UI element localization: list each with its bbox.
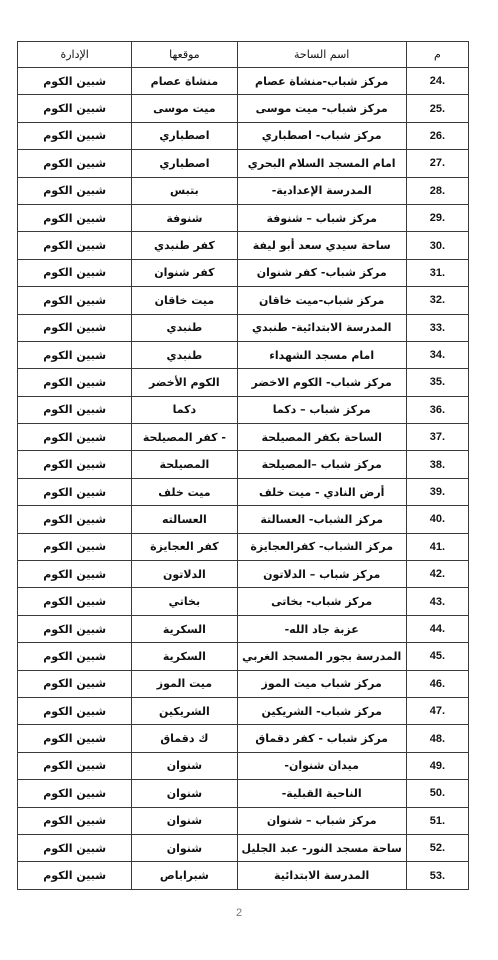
table-row: 30.ساحة سيدي سعد أبو ليفةكفر طنبديشبين ا… — [18, 232, 469, 259]
row-number: 43. — [406, 588, 468, 615]
location-cell: اصطباري — [132, 150, 237, 177]
administration-cell: شبين الكوم — [18, 177, 132, 204]
location-cell: ميت خاقان — [132, 287, 237, 314]
location-cell: منشاة عصام — [132, 68, 237, 95]
location-cell: دكما — [132, 396, 237, 423]
square-name-cell: مركز شباب –المصيلحة — [237, 451, 406, 478]
square-name-cell: الساحة بكفر المصيلحة — [237, 424, 406, 451]
square-name-cell: مركز شباب-منشاة عصام — [237, 68, 406, 95]
location-cell: المصيلحة — [132, 451, 237, 478]
row-number: 39. — [406, 478, 468, 505]
administration-cell: شبين الكوم — [18, 807, 132, 834]
square-name-cell: ميدان شنوان- — [237, 752, 406, 779]
header-num: م — [406, 42, 468, 68]
row-number: 34. — [406, 341, 468, 368]
square-name-cell: مركز شباب – دكما — [237, 396, 406, 423]
table-row: 53.المدرسة الابتدائيةشبراباصشبين الكوم — [18, 862, 469, 889]
square-name-cell: ساحة مسجد النور- عبد الجليل — [237, 834, 406, 861]
administration-cell: شبين الكوم — [18, 752, 132, 779]
table-row: 36.مركز شباب – دكمادكماشبين الكوم — [18, 396, 469, 423]
administration-cell: شبين الكوم — [18, 204, 132, 231]
table-row: 47.مركز شباب- الشريكينالشريكينشبين الكوم — [18, 697, 469, 724]
administration-cell: شبين الكوم — [18, 697, 132, 724]
table-row: 27.امام المسجد السلام البحرياصطباريشبين … — [18, 150, 469, 177]
row-number: 47. — [406, 697, 468, 724]
location-cell: شنوان — [132, 807, 237, 834]
table-row: 46.مركز شباب ميت الموزميت الموزشبين الكو… — [18, 670, 469, 697]
location-cell: بخاتي — [132, 588, 237, 615]
table-row: 28.المدرسة الإعدادية-بتبسشبين الكوم — [18, 177, 469, 204]
table-row: 38.مركز شباب –المصيلحةالمصيلحةشبين الكوم — [18, 451, 469, 478]
administration-cell: شبين الكوم — [18, 478, 132, 505]
administration-cell: شبين الكوم — [18, 643, 132, 670]
row-number: 53. — [406, 862, 468, 889]
square-name-cell: مركز الشباب- كفرالعجايزة — [237, 533, 406, 560]
square-name-cell: الناحية القبلية- — [237, 780, 406, 807]
page-number: 2 — [236, 907, 242, 919]
administration-cell: شبين الكوم — [18, 615, 132, 642]
row-number: 35. — [406, 369, 468, 396]
location-cell: اصطباري — [132, 122, 237, 149]
location-cell: بتبس — [132, 177, 237, 204]
square-name-cell: مركز شباب ميت الموز — [237, 670, 406, 697]
table-row: 49.ميدان شنوان-شنوانشبين الكوم — [18, 752, 469, 779]
row-number: 28. — [406, 177, 468, 204]
location-cell: شنوان — [132, 834, 237, 861]
table-row: 42.مركز شباب – الدلاتونالدلاتونشبين الكو… — [18, 561, 469, 588]
administration-cell: شبين الكوم — [18, 341, 132, 368]
administration-cell: شبين الكوم — [18, 287, 132, 314]
location-cell: شنوان — [132, 752, 237, 779]
location-cell: الكوم الأخضر — [132, 369, 237, 396]
table-row: 25.مركز شباب- ميت موسىميت موسىشبين الكوم — [18, 95, 469, 122]
administration-cell: شبين الكوم — [18, 369, 132, 396]
table-row: 32.مركز شباب-ميت خاقانميت خاقانشبين الكو… — [18, 287, 469, 314]
square-name-cell: مركز شباب- كفر شنوان — [237, 259, 406, 286]
row-number: 30. — [406, 232, 468, 259]
table-row: 40.مركز الشباب- العسالتةالعسالتهشبين الك… — [18, 506, 469, 533]
table-row: 29.مركز شباب – شنوفةشنوفةشبين الكوم — [18, 204, 469, 231]
row-number: 48. — [406, 725, 468, 752]
location-cell: الشريكين — [132, 697, 237, 724]
square-name-cell: مركز شباب- اصطباري — [237, 122, 406, 149]
location-cell: طنبدي — [132, 341, 237, 368]
row-number: 46. — [406, 670, 468, 697]
location-cell: شبراباص — [132, 862, 237, 889]
table-row: 37.الساحة بكفر المصيلحة- كفر المصيلحةشبي… — [18, 424, 469, 451]
row-number: 50. — [406, 780, 468, 807]
administration-cell: شبين الكوم — [18, 561, 132, 588]
table-row: 31.مركز شباب- كفر شنوانكفر شنوانشبين الك… — [18, 259, 469, 286]
square-name-cell: مركز شباب – الدلاتون — [237, 561, 406, 588]
row-number: 49. — [406, 752, 468, 779]
table-row: 24.مركز شباب-منشاة عصاممنشاة عصامشبين ال… — [18, 68, 469, 95]
square-name-cell: ساحة سيدي سعد أبو ليفة — [237, 232, 406, 259]
table-row: 34.امام مسجد الشهداءطنبديشبين الكوم — [18, 341, 469, 368]
location-cell: ك دقماق — [132, 725, 237, 752]
location-cell: طنبدي — [132, 314, 237, 341]
administration-cell: شبين الكوم — [18, 232, 132, 259]
square-name-cell: امام المسجد السلام البحري — [237, 150, 406, 177]
location-cell: كفر العجايزة — [132, 533, 237, 560]
square-name-cell: مركز شباب- بخاتى — [237, 588, 406, 615]
administration-cell: شبين الكوم — [18, 506, 132, 533]
square-name-cell: المدرسة الإعدادية- — [237, 177, 406, 204]
row-number: 36. — [406, 396, 468, 423]
square-name-cell: مركز شباب-ميت خاقان — [237, 287, 406, 314]
location-cell: العسالته — [132, 506, 237, 533]
table-row: 41.مركز الشباب- كفرالعجايزةكفر العجايزةش… — [18, 533, 469, 560]
square-name-cell: مركز شباب – شنوفة — [237, 204, 406, 231]
row-number: 37. — [406, 424, 468, 451]
table-row: 50.الناحية القبلية-شنوانشبين الكوم — [18, 780, 469, 807]
square-name-cell: مركز شباب – شنوان — [237, 807, 406, 834]
administration-cell: شبين الكوم — [18, 396, 132, 423]
table-row: 48.مركز شباب - كفر دقماقك دقماقشبين الكو… — [18, 725, 469, 752]
header-square-name: اسم الساحة — [237, 42, 406, 68]
administration-cell: شبين الكوم — [18, 588, 132, 615]
squares-table: م اسم الساحة موقعها الإدارة 24.مركز شباب… — [17, 41, 469, 890]
square-name-cell: مركز شباب- الكوم الاخضر — [237, 369, 406, 396]
document-page: م اسم الساحة موقعها الإدارة 24.مركز شباب… — [0, 0, 498, 960]
location-cell: الدلاتون — [132, 561, 237, 588]
row-number: 41. — [406, 533, 468, 560]
administration-cell: شبين الكوم — [18, 424, 132, 451]
location-cell: شنوان — [132, 780, 237, 807]
row-number: 26. — [406, 122, 468, 149]
row-number: 52. — [406, 834, 468, 861]
table-row: 44.عزبة جاد الله-السكريةشبين الكوم — [18, 615, 469, 642]
administration-cell: شبين الكوم — [18, 122, 132, 149]
administration-cell: شبين الكوم — [18, 259, 132, 286]
administration-cell: شبين الكوم — [18, 95, 132, 122]
table-row: 45.المدرسة بجور المسجد الغربيالسكريةشبين… — [18, 643, 469, 670]
row-number: 42. — [406, 561, 468, 588]
table-header-row: م اسم الساحة موقعها الإدارة — [18, 42, 469, 68]
table-row: 43.مركز شباب- بخاتىبخاتيشبين الكوم — [18, 588, 469, 615]
row-number: 27. — [406, 150, 468, 177]
table-row: 52.ساحة مسجد النور- عبد الجليلشنوانشبين … — [18, 834, 469, 861]
administration-cell: شبين الكوم — [18, 68, 132, 95]
row-number: 32. — [406, 287, 468, 314]
row-number: 24. — [406, 68, 468, 95]
table-row: 33.المدرسة الابتدائية- طنبديطنبديشبين ال… — [18, 314, 469, 341]
location-cell: ميت خلف — [132, 478, 237, 505]
square-name-cell: مركز شباب- ميت موسى — [237, 95, 406, 122]
location-cell: ميت الموز — [132, 670, 237, 697]
location-cell: شنوفة — [132, 204, 237, 231]
table-row: 39.أرض النادي - ميت خلفميت خلفشبين الكوم — [18, 478, 469, 505]
administration-cell: شبين الكوم — [18, 533, 132, 560]
square-name-cell: مركز شباب- الشريكين — [237, 697, 406, 724]
administration-cell: شبين الكوم — [18, 862, 132, 889]
square-name-cell: المدرسة الابتدائية — [237, 862, 406, 889]
row-number: 51. — [406, 807, 468, 834]
administration-cell: شبين الكوم — [18, 314, 132, 341]
row-number: 31. — [406, 259, 468, 286]
table-row: 51.مركز شباب – شنوانشنوانشبين الكوم — [18, 807, 469, 834]
square-name-cell: المدرسة الابتدائية- طنبدي — [237, 314, 406, 341]
location-cell: السكرية — [132, 615, 237, 642]
square-name-cell: مركز شباب - كفر دقماق — [237, 725, 406, 752]
square-name-cell: المدرسة بجور المسجد الغربي — [237, 643, 406, 670]
administration-cell: شبين الكوم — [18, 725, 132, 752]
location-cell: ميت موسى — [132, 95, 237, 122]
header-administration: الإدارة — [18, 42, 132, 68]
row-number: 25. — [406, 95, 468, 122]
row-number: 44. — [406, 615, 468, 642]
administration-cell: شبين الكوم — [18, 780, 132, 807]
table-row: 35.مركز شباب- الكوم الاخضرالكوم الأخضرشب… — [18, 369, 469, 396]
location-cell: السكرية — [132, 643, 237, 670]
square-name-cell: امام مسجد الشهداء — [237, 341, 406, 368]
header-location: موقعها — [132, 42, 237, 68]
square-name-cell: عزبة جاد الله- — [237, 615, 406, 642]
location-cell: - كفر المصيلحة — [132, 424, 237, 451]
row-number: 29. — [406, 204, 468, 231]
row-number: 38. — [406, 451, 468, 478]
administration-cell: شبين الكوم — [18, 670, 132, 697]
administration-cell: شبين الكوم — [18, 834, 132, 861]
row-number: 45. — [406, 643, 468, 670]
location-cell: كفر شنوان — [132, 259, 237, 286]
row-number: 40. — [406, 506, 468, 533]
table-row: 26.مركز شباب- اصطبارياصطباريشبين الكوم — [18, 122, 469, 149]
square-name-cell: مركز الشباب- العسالتة — [237, 506, 406, 533]
square-name-cell: أرض النادي - ميت خلف — [237, 478, 406, 505]
row-number: 33. — [406, 314, 468, 341]
location-cell: كفر طنبدي — [132, 232, 237, 259]
administration-cell: شبين الكوم — [18, 451, 132, 478]
administration-cell: شبين الكوم — [18, 150, 132, 177]
